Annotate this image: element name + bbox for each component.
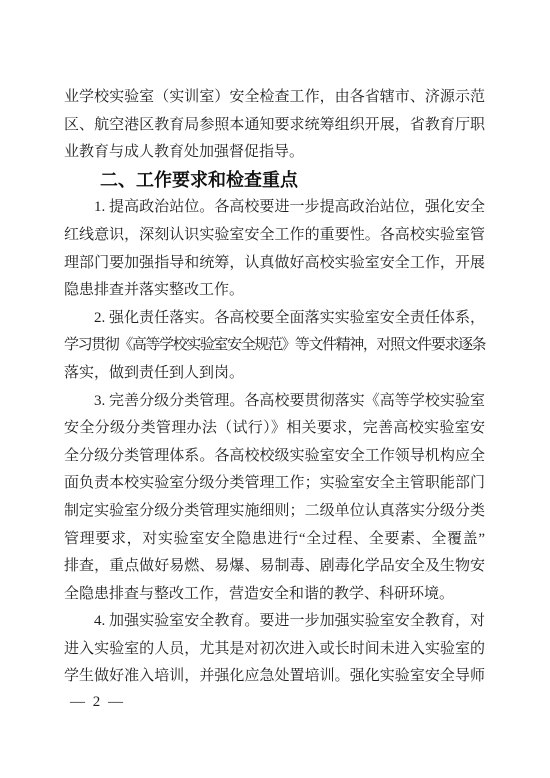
doc-line: 1. 提高政治站位。各高校要进一步提高政治站位，强化安全 bbox=[64, 194, 485, 222]
text-block: 业学校实验室（实训室）安全检查工作，由各省辖市、济源示范 区、航空港区教育局参照… bbox=[64, 84, 485, 691]
doc-line: 安全分级分类管理办法（试行）》相关要求，完善高校实验室安 bbox=[64, 415, 485, 443]
doc-line: 业学校实验室（实训室）安全检查工作，由各省辖市、济源示范 bbox=[64, 84, 485, 112]
doc-line: 理部门要加强指导和统筹，认真做好高校实验室安全工作，开展 bbox=[64, 250, 485, 278]
doc-line: 落实，做到责任到人到岗。 bbox=[64, 360, 485, 388]
doc-line: 全隐患排查与整改工作，营造安全和谐的教学、科研环境。 bbox=[64, 581, 485, 609]
doc-line: 全分级分类管理体系。各高校校级实验室安全工作领导机构应全 bbox=[64, 443, 485, 471]
document-page: 业学校实验室（实训室）安全检查工作，由各省辖市、济源示范 区、航空港区教育局参照… bbox=[0, 0, 550, 778]
doc-line: 4. 加强实验室安全教育。要进一步加强实验室安全教育，对 bbox=[64, 608, 485, 636]
section-heading: 二、工作要求和检查重点 bbox=[64, 167, 485, 195]
doc-line: 制定实验室分级分类管理实施细则；二级单位认真落实分级分类 bbox=[64, 498, 485, 526]
doc-line: 区、航空港区教育局参照本通知要求统筹组织开展，省教育厅职 bbox=[64, 112, 485, 140]
doc-line: 红线意识，深刻认识实验室安全工作的重要性。各高校实验室管 bbox=[64, 222, 485, 250]
doc-line: 管理要求，对实验室安全隐患进行“全过程、全要素、全覆盖” bbox=[64, 526, 485, 554]
page-number: — 2 — bbox=[70, 694, 125, 711]
doc-line: 面负责本校实验室分级分类管理工作；实验室安全主管职能部门 bbox=[64, 470, 485, 498]
doc-line: 3. 完善分级分类管理。各高校要贯彻落实《高等学校实验室 bbox=[64, 388, 485, 416]
doc-line: 学习贯彻《高等学校实验室安全规范》等文件精神，对照文件要求逐条 bbox=[64, 332, 485, 360]
doc-line: 学生做好准入培训，并强化应急处置培训。强化实验室安全导师 bbox=[64, 663, 485, 691]
doc-line: 隐患排查并落实整改工作。 bbox=[64, 277, 485, 305]
doc-line: 业教育与成人教育处加强督促指导。 bbox=[64, 139, 485, 167]
doc-line: 排查，重点做好易燃、易爆、易制毒、剧毒化学品安全及生物安 bbox=[64, 553, 485, 581]
doc-line: 2. 强化责任落实。各高校要全面落实实验室安全责任体系， bbox=[64, 305, 485, 333]
doc-line: 进入实验室的人员，尤其是对初次进入或长时间未进入实验室的 bbox=[64, 636, 485, 664]
